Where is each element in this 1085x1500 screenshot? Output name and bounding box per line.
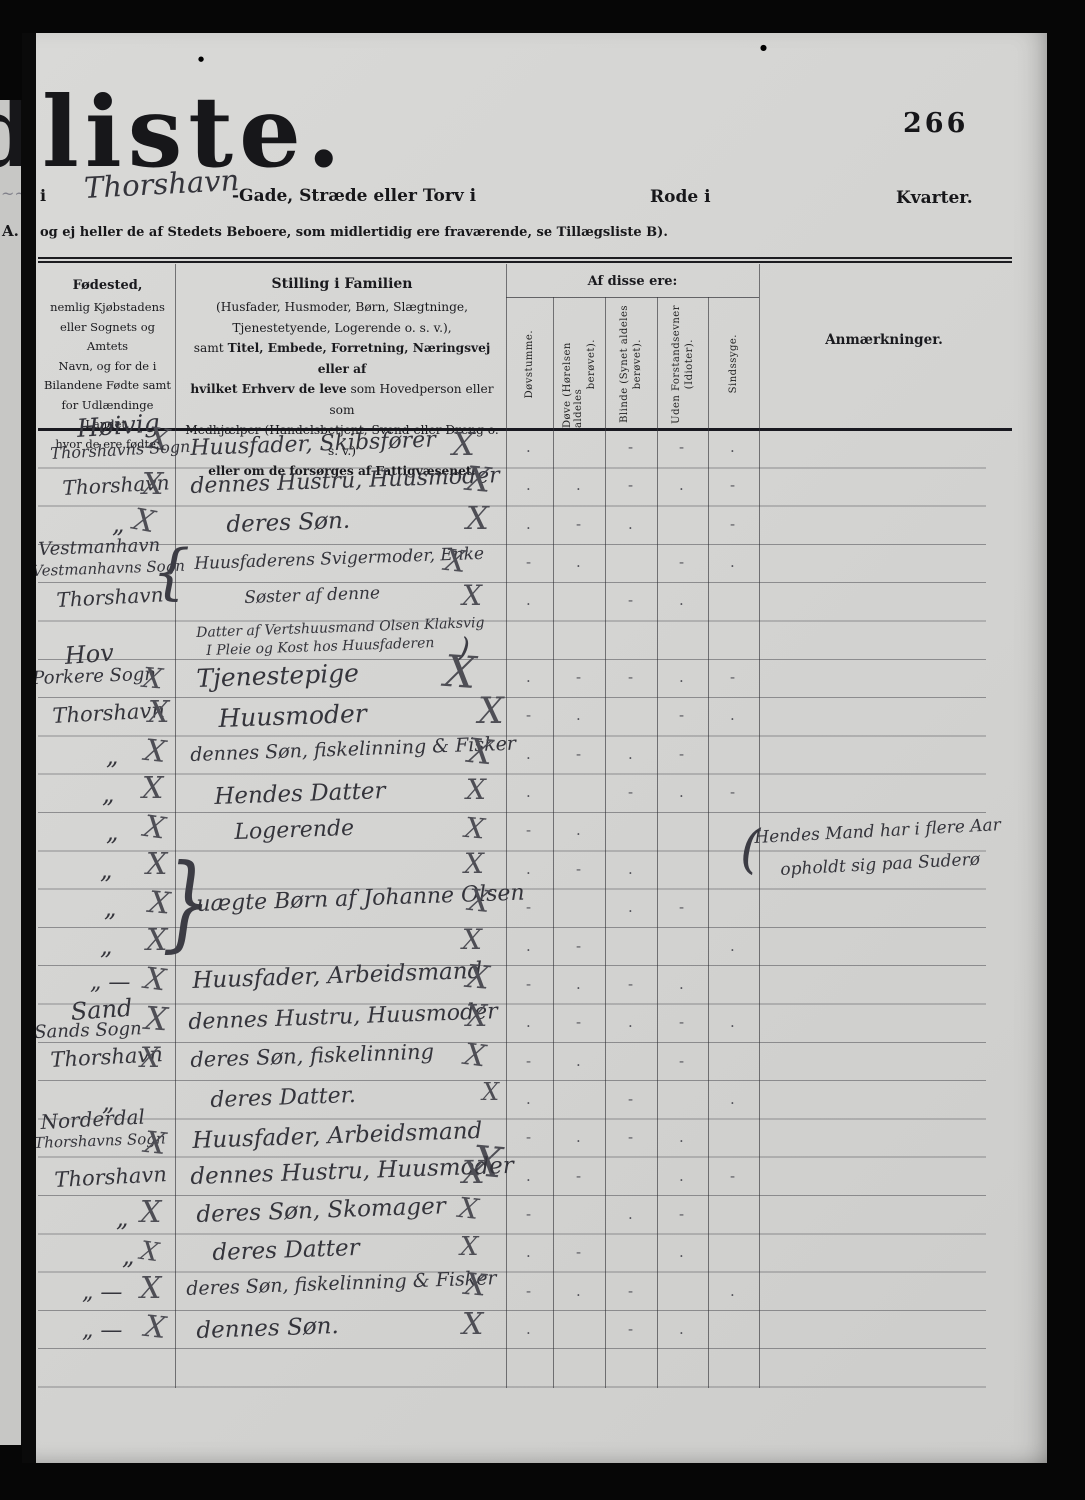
pencil-x-mark: X (140, 1198, 161, 1228)
cell-mark: . (679, 1245, 684, 1260)
pencil-x-mark: X (143, 736, 167, 768)
grid-vline (657, 297, 658, 1388)
col2-header-segment: Tjenestetyende, Logerende o. s. v.), (232, 321, 451, 335)
handwritten-entry: Sands Sogn (34, 1020, 142, 1042)
cell-mark: . (576, 1284, 581, 1299)
cell-mark: - (526, 708, 531, 723)
handwritten-entry: „ (106, 744, 118, 768)
cell-mark: . (628, 900, 633, 915)
col2-header-line: hvilket Erhverv de leve som Hovedperson … (180, 379, 504, 420)
cell-mark: - (526, 977, 531, 992)
subcol-header-line: Uden Forstandsevner (671, 305, 682, 424)
handwritten-entry: Porkere Sogn (32, 666, 156, 688)
subcol-header-line: Døvstumme. (524, 330, 535, 398)
cell-mark: . (679, 670, 684, 685)
handwritten-entry: deres Datter. (210, 1085, 356, 1112)
pencil-x-mark: X (462, 1040, 487, 1072)
col2-header-line: Tjenestetyende, Logerende o. s. v.), (180, 318, 504, 339)
handwritten-entry: „ — (82, 1320, 122, 1342)
col2-header-title: Stilling i Familien (180, 276, 504, 292)
pencil-x-mark: X (462, 1310, 483, 1340)
cell-mark: - (576, 517, 581, 532)
cell-mark: . (730, 1284, 735, 1299)
previous-page-sliver (0, 100, 22, 1445)
cell-mark: - (628, 670, 633, 685)
grid-vline (506, 264, 507, 1388)
cell-mark: - (679, 1015, 684, 1030)
ink-speck: ● (760, 44, 767, 52)
pencil-x-mark: X (142, 664, 164, 694)
cell-mark: . (526, 1015, 531, 1030)
cell-mark: - (576, 1245, 581, 1260)
pencil-x-mark: X (465, 462, 492, 498)
cell-mark: - (576, 1169, 581, 1184)
cell-mark: . (628, 862, 633, 877)
cell-mark: . (628, 1207, 633, 1222)
col1-header-line: Navn, og for de i (40, 357, 175, 377)
kvarter-label: Kvarter. (896, 190, 973, 207)
pencil-x-mark: X (466, 502, 489, 534)
cell-mark: - (576, 862, 581, 877)
cell-mark: . (576, 977, 581, 992)
handwritten-entry: Thorshavn (56, 584, 164, 610)
cell-mark: . (730, 939, 735, 954)
cell-mark: . (526, 862, 531, 877)
handwritten-entry: „ (122, 1244, 134, 1268)
double-rule-bottom (38, 261, 1012, 263)
pencil-x-mark: X (140, 1044, 160, 1072)
anm-header: Anmærkninger. (759, 332, 1009, 348)
pencil-x-mark: X (467, 886, 491, 918)
form-i-label: i (40, 188, 46, 204)
subcol-header-line: berøvet). (586, 339, 597, 389)
handwritten-entry: Hov (64, 641, 114, 668)
handwritten-entry: Tjenestepige (196, 660, 359, 691)
cell-mark: . (526, 517, 531, 532)
page-number: 266 (903, 110, 968, 137)
handwritten-entry: „ — (90, 972, 130, 994)
handwritten-entry: dennes Søn. (196, 1315, 339, 1343)
cell-mark: - (730, 670, 735, 685)
pencil-x-mark: X (138, 1238, 160, 1266)
pencil-x-mark: X (142, 964, 167, 996)
col2-header-line: samt Titel, Embede, Forretning, Næringsv… (180, 338, 504, 379)
handwritten-entry: „ (106, 820, 118, 844)
cell-mark: - (526, 1207, 531, 1222)
instruction-note: og ej heller de af Stedets Beboere, som … (40, 226, 668, 239)
scan-border-left-bottom (0, 1445, 22, 1500)
pencil-x-mark: X (142, 774, 163, 804)
cell-mark: - (730, 517, 735, 532)
cell-mark: - (679, 440, 684, 455)
pencil-x-mark: X (462, 582, 482, 610)
cell-mark: - (628, 1130, 633, 1145)
cell-mark: - (679, 1207, 684, 1222)
cell-mark: . (576, 1130, 581, 1145)
rode-label: Rode i (650, 189, 711, 206)
subcol-header: Sindssyge. (708, 300, 759, 428)
cell-mark: - (628, 1322, 633, 1337)
subcol-header: Blinde (Synet aldelesberøvet). (605, 300, 657, 428)
page-binding-shadow (21, 0, 36, 1463)
cell-mark: . (526, 1092, 531, 1107)
col2-header-segment: (Husfader, Husmoder, Børn, Slægtninge, (216, 300, 468, 314)
pencil-x-mark: X (463, 1270, 487, 1302)
pencil-x-mark: X (465, 960, 490, 994)
cell-mark: . (730, 440, 735, 455)
handwritten-entry: „ — (82, 1282, 122, 1304)
cell-mark: - (679, 747, 684, 762)
col1-header-line: Bilandene Fødte samt (40, 376, 175, 396)
cell-mark: . (526, 670, 531, 685)
cell-mark: - (730, 1169, 735, 1184)
cell-mark: . (679, 1322, 684, 1337)
handwritten-entry: Logerende (234, 818, 354, 844)
col2-header-segment: hvilket Erhverv de leve (190, 382, 346, 396)
cell-mark: - (526, 555, 531, 570)
street-name-value: Thorshavn (83, 166, 240, 203)
pencil-x-mark: X (482, 1080, 499, 1104)
cell-mark: - (628, 593, 633, 608)
pencil-x-mark: X (462, 1156, 485, 1188)
handwritten-entry: Huusmoder (218, 701, 367, 731)
cell-mark: . (576, 823, 581, 838)
cell-mark: . (526, 785, 531, 800)
handwritten-entry: „ (116, 1206, 128, 1230)
cell-mark: - (576, 939, 581, 954)
cell-mark: . (526, 593, 531, 608)
cell-mark: - (526, 1284, 531, 1299)
grid-vline (605, 297, 606, 1388)
subcol-header-line: Blinde (Synet aldeles (619, 305, 630, 423)
group-header: Af disse ere: (506, 274, 759, 289)
pencil-x-mark: X (464, 850, 484, 878)
scan-border-bottom (0, 1463, 1085, 1500)
cell-mark: . (730, 1015, 735, 1030)
handwritten-entry: „ (100, 858, 112, 882)
scan-border-left-top (0, 0, 22, 100)
cell-mark: - (628, 785, 633, 800)
cell-mark: . (526, 747, 531, 762)
cell-mark: . (526, 1322, 531, 1337)
pencil-x-mark: X (143, 1128, 167, 1160)
pencil-x-mark: X (144, 1002, 169, 1036)
pencil-x-mark: X (443, 650, 477, 696)
handwritten-entry: Hendes Datter (214, 780, 386, 809)
cell-mark: - (526, 900, 531, 915)
cell-mark: - (628, 1284, 633, 1299)
double-rule-top (38, 257, 1012, 259)
col2-header-line: (Husfader, Husmoder, Børn, Slægtninge, (180, 297, 504, 318)
margin-letter-a: A. (2, 224, 19, 239)
col2-header-segment: samt (194, 341, 228, 355)
cell-mark: . (628, 1015, 633, 1030)
cell-mark: - (526, 823, 531, 838)
cell-mark: . (526, 939, 531, 954)
grid-vline (708, 297, 709, 1388)
scan-border-top (0, 0, 1085, 33)
cell-mark: . (576, 478, 581, 493)
cell-mark: . (526, 440, 531, 455)
cell-mark: - (628, 1092, 633, 1107)
handwritten-entry: „ (100, 934, 112, 958)
handwritten-entry: Thorshavn (54, 1164, 167, 1191)
cell-mark: - (679, 900, 684, 915)
cell-mark: - (628, 977, 633, 992)
cell-mark: - (679, 1054, 684, 1069)
group-header-underline (506, 297, 759, 298)
pencil-x-mark: X (464, 814, 486, 844)
cell-mark: . (679, 478, 684, 493)
handwritten-entry: Vestmanhavn (38, 537, 161, 559)
subcol-header-line: Døve (Hørelsen aldeles (562, 300, 584, 428)
cell-mark: . (576, 1054, 581, 1069)
pencil-x-mark: X (466, 734, 494, 770)
pencil-x-mark: X (462, 926, 482, 954)
cell-mark: . (526, 1245, 531, 1260)
pencil-x-mark: X (142, 812, 167, 845)
pencil-x-mark: X (457, 1194, 480, 1224)
cell-mark: - (576, 1015, 581, 1030)
col1-header-title: Fødested, (40, 278, 175, 293)
pencil-x-mark: X (466, 776, 486, 804)
pencil-x-mark: X (140, 1274, 161, 1304)
subcol-header: Døve (Hørelsen aldelesberøvet). (553, 300, 605, 428)
cell-mark: - (730, 478, 735, 493)
street-label: -Gade, Stræde eller Torv i (232, 188, 476, 205)
cell-mark: . (679, 977, 684, 992)
cell-mark: - (526, 1054, 531, 1069)
cell-mark: - (576, 747, 581, 762)
cell-mark: . (730, 1092, 735, 1107)
pencil-x-mark: X (478, 694, 504, 730)
pencil-x-mark: X (143, 1312, 167, 1344)
cell-mark: - (628, 478, 633, 493)
subcol-header-line: Sindssyge. (728, 334, 739, 393)
pencil-x-mark: X (466, 1002, 487, 1032)
scan-border-right (1047, 0, 1085, 1500)
cell-mark: - (526, 1130, 531, 1145)
pencil-x-mark: X (460, 1234, 479, 1260)
cell-mark: . (526, 1169, 531, 1184)
cell-mark: - (679, 555, 684, 570)
cell-mark: . (576, 708, 581, 723)
cell-mark: . (679, 593, 684, 608)
cell-mark: - (679, 708, 684, 723)
scanned-census-page: d liste. 266 ~~ i Thorshavn -Gade, Stræd… (0, 0, 1085, 1500)
handwritten-entry: „ (102, 782, 114, 806)
cell-mark: . (628, 517, 633, 532)
handwritten-entry: deres Datter (212, 1237, 360, 1265)
pencil-x-mark: X (443, 546, 467, 578)
cell-mark: . (730, 708, 735, 723)
cell-mark: . (730, 555, 735, 570)
grid-vline (175, 264, 176, 1388)
cell-mark: - (730, 785, 735, 800)
subcol-header: Døvstumme. (506, 300, 553, 428)
cell-mark: . (526, 478, 531, 493)
subcol-header-line: berøvet). (632, 339, 643, 389)
handwritten-entry: „ (104, 896, 116, 920)
handwritten-entry: Norderdal (40, 1107, 145, 1132)
handwritten-entry: deres Søn. (226, 510, 351, 537)
subcol-header-line: (Idioter). (684, 339, 695, 389)
cell-mark: . (679, 785, 684, 800)
cell-mark: - (576, 670, 581, 685)
col1-header-line: eller Sognets og Amtets (40, 318, 175, 357)
col1-header-line: nemlig Kjøbstadens (40, 298, 175, 318)
cell-mark: . (679, 1169, 684, 1184)
grid-vline (553, 297, 554, 1388)
pencil-x-mark: X (452, 428, 475, 460)
cell-mark: . (628, 747, 633, 762)
col2-header-segment: som Hovedperson eller som (329, 382, 493, 417)
cell-mark: . (576, 555, 581, 570)
handwritten-entry: Søster af denne (244, 585, 380, 607)
pencil-x-mark: X (148, 698, 169, 728)
handwritten-entry: „ (112, 512, 124, 536)
cell-mark: - (628, 440, 633, 455)
subcol-header: Uden Forstandsevner(Idioter). (657, 300, 708, 428)
ink-speck: ● (198, 56, 204, 63)
col2-header-segment: Titel, Embede, Forretning, Næringsvej el… (228, 341, 491, 376)
cell-mark: . (679, 1130, 684, 1145)
pencil-x-mark: X (142, 470, 163, 500)
